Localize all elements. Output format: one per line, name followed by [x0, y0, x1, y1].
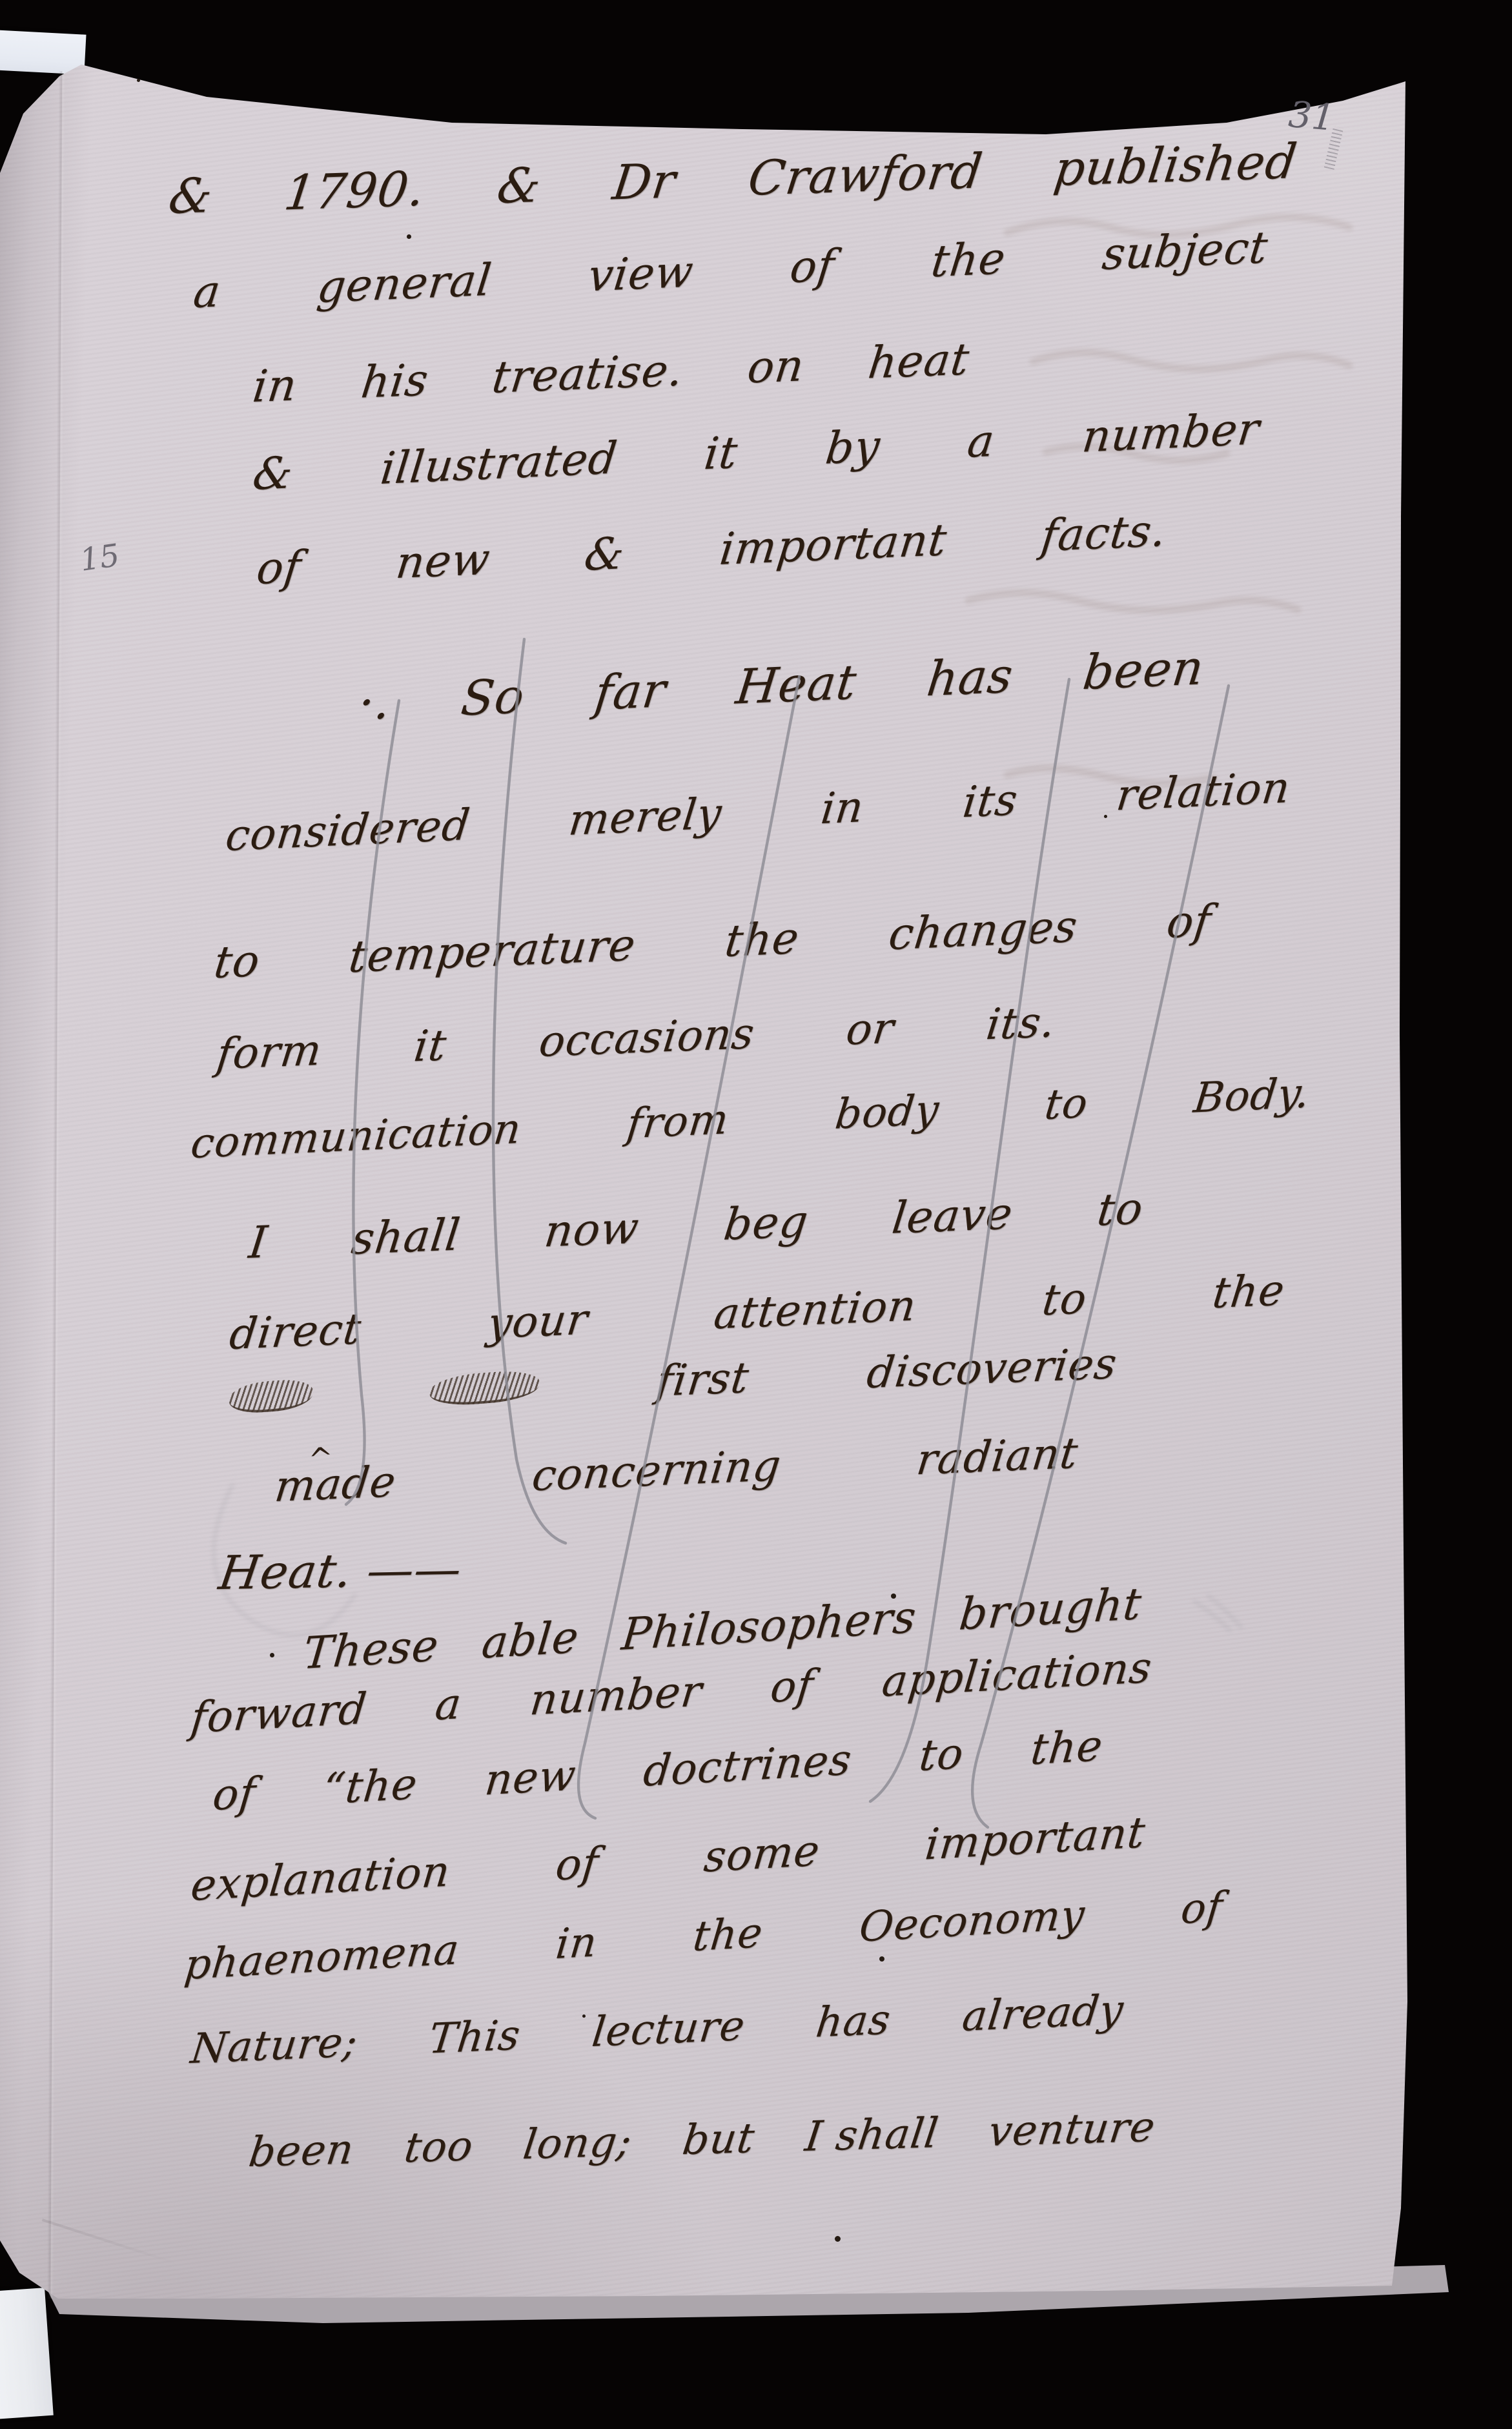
photograph-of-manuscript: &1790.&DrCrawfordpublished ageneralviewo…	[0, 0, 1512, 2429]
pencil-strikethrough	[0, 0, 1512, 2429]
